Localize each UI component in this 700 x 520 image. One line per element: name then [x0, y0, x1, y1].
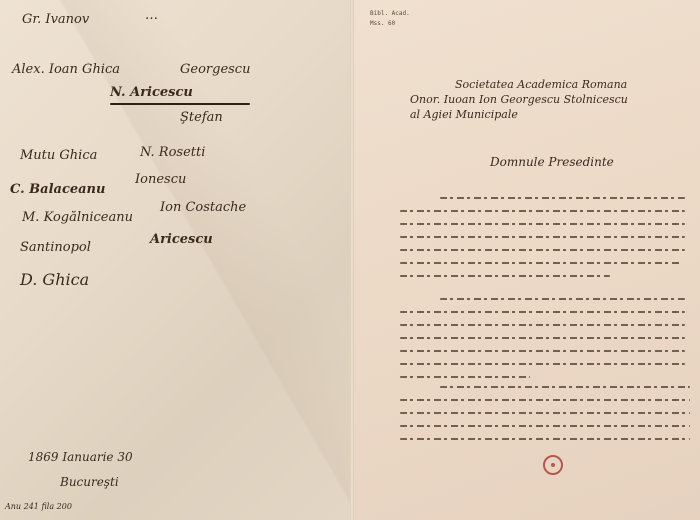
signature-underline [110, 103, 250, 105]
archive-mark-1: Bibl. Acad. [370, 10, 410, 17]
text-line [400, 262, 680, 264]
text-line [400, 337, 685, 339]
text-line [400, 324, 685, 326]
text-line [400, 363, 685, 365]
salutation: Domnule Presedinte [490, 155, 614, 169]
heading-line-1: Societatea Academica Romana [455, 78, 627, 91]
text-line [400, 438, 690, 440]
paper-fold-shadow [0, 0, 352, 520]
signature-5: Ştefan [180, 110, 223, 125]
signature-12: Santinopol [20, 240, 91, 255]
archive-note: Anu 241 fila 200 [5, 502, 72, 511]
text-line [400, 210, 685, 212]
signature-9: Ion Costache [160, 200, 246, 215]
text-line [440, 298, 685, 300]
heading-line-2: Onor. Iuoan Ion Georgescu Stolnicescu [410, 93, 628, 106]
text-line [400, 376, 530, 378]
signature-scribble-2: Mutu Ghica [20, 148, 97, 163]
center-fold [350, 0, 354, 520]
text-line [440, 386, 690, 388]
text-line [400, 399, 690, 401]
signature-1: Gr. Ivanov [22, 12, 89, 27]
text-line [400, 275, 610, 277]
text-line [400, 425, 690, 427]
signature-11: Aricescu [150, 232, 213, 247]
signature-mark: … [145, 8, 158, 23]
signature-4: N. Aricescu [110, 85, 193, 100]
signature-6: N. Rosetti [140, 145, 205, 160]
text-line [400, 236, 685, 238]
archive-mark-2: Mss. 60 [370, 20, 395, 27]
heading-line-3: al Agiei Municipale [410, 108, 518, 121]
signature-10: M. Kogălniceanu [22, 210, 133, 225]
place-note: Bucureşti [60, 475, 119, 489]
date-note: 1869 Ianuarie 30 [28, 450, 133, 464]
signature-13: D. Ghica [20, 270, 89, 289]
signature-8: C. Balaceanu [10, 182, 105, 197]
red-seal-stamp [543, 455, 563, 475]
text-line [400, 350, 685, 352]
signature-7: Ionescu [135, 172, 186, 187]
text-line [400, 412, 690, 414]
signature-3: Alex. Ioan Ghica [12, 62, 120, 77]
text-line [440, 197, 685, 199]
text-line [400, 311, 685, 313]
text-line [400, 223, 685, 225]
text-line [400, 249, 685, 251]
signature-scribble: Georgescu [180, 62, 250, 77]
